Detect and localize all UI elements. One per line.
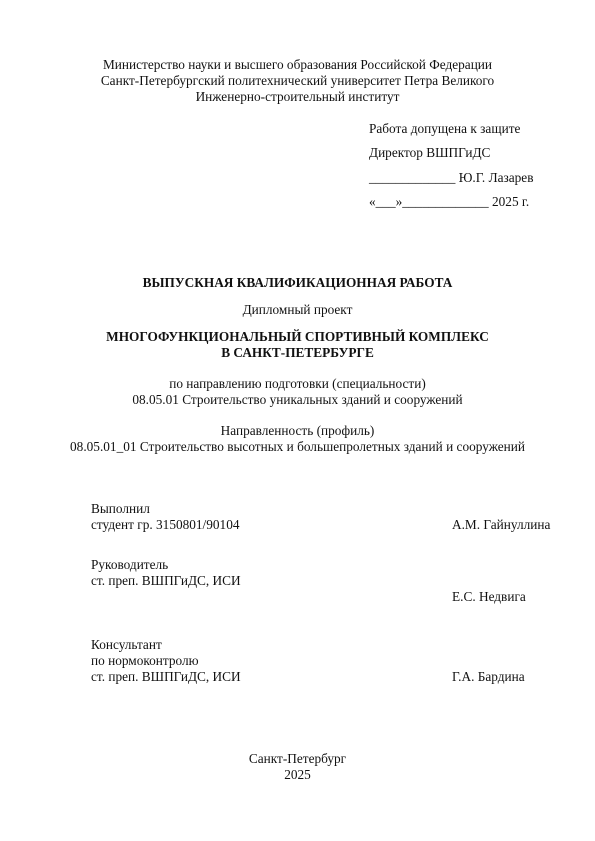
performer-name: А.М. Гайнуллина xyxy=(452,517,550,533)
university-name: Санкт-Петербургский политехнический унив… xyxy=(0,73,595,89)
profile-label: Направленность (профиль) xyxy=(0,423,595,439)
consultant-name: Г.А. Бардина xyxy=(452,669,525,685)
consultant-subrole: по нормоконтролю xyxy=(91,653,199,669)
work-title-line2: В САНКТ-ПЕТЕРБУРГЕ xyxy=(0,345,595,361)
consultant-details: ст. преп. ВШПГиДС, ИСИ xyxy=(91,669,241,685)
institute-name: Инженерно-строительный институт xyxy=(0,89,595,105)
consultant-role: Консультант xyxy=(91,637,162,653)
direction-label: по направлению подготовки (специальности… xyxy=(0,376,595,392)
approval-admitted: Работа допущена к защите xyxy=(369,121,520,137)
direction-value: 08.05.01 Строительство уникальных зданий… xyxy=(0,392,595,408)
ministry-name: Министерство науки и высшего образования… xyxy=(0,57,595,73)
footer-year: 2025 xyxy=(0,767,595,783)
approval-position: Директор ВШПГиДС xyxy=(369,145,490,161)
work-subtype: Дипломный проект xyxy=(0,302,595,318)
work-type: ВЫПУСКНАЯ КВАЛИФИКАЦИОННАЯ РАБОТА xyxy=(0,275,595,291)
supervisor-name: Е.С. Недвига xyxy=(452,589,526,605)
approval-signature-line: _____________ Ю.Г. Лазарев xyxy=(369,170,533,186)
performer-role: Выполнил xyxy=(91,501,150,517)
footer-city: Санкт-Петербург xyxy=(0,751,595,767)
work-title-line1: МНОГОФУНКЦИОНАЛЬНЫЙ СПОРТИВНЫЙ КОМПЛЕКС xyxy=(0,329,595,345)
performer-details: студент гр. 3150801/90104 xyxy=(91,517,240,533)
profile-value: 08.05.01_01 Строительство высотных и бол… xyxy=(0,439,595,455)
supervisor-role: Руководитель xyxy=(91,557,168,573)
approval-date-line: «___»_____________ 2025 г. xyxy=(369,194,529,210)
supervisor-details: ст. преп. ВШПГиДС, ИСИ xyxy=(91,573,241,589)
